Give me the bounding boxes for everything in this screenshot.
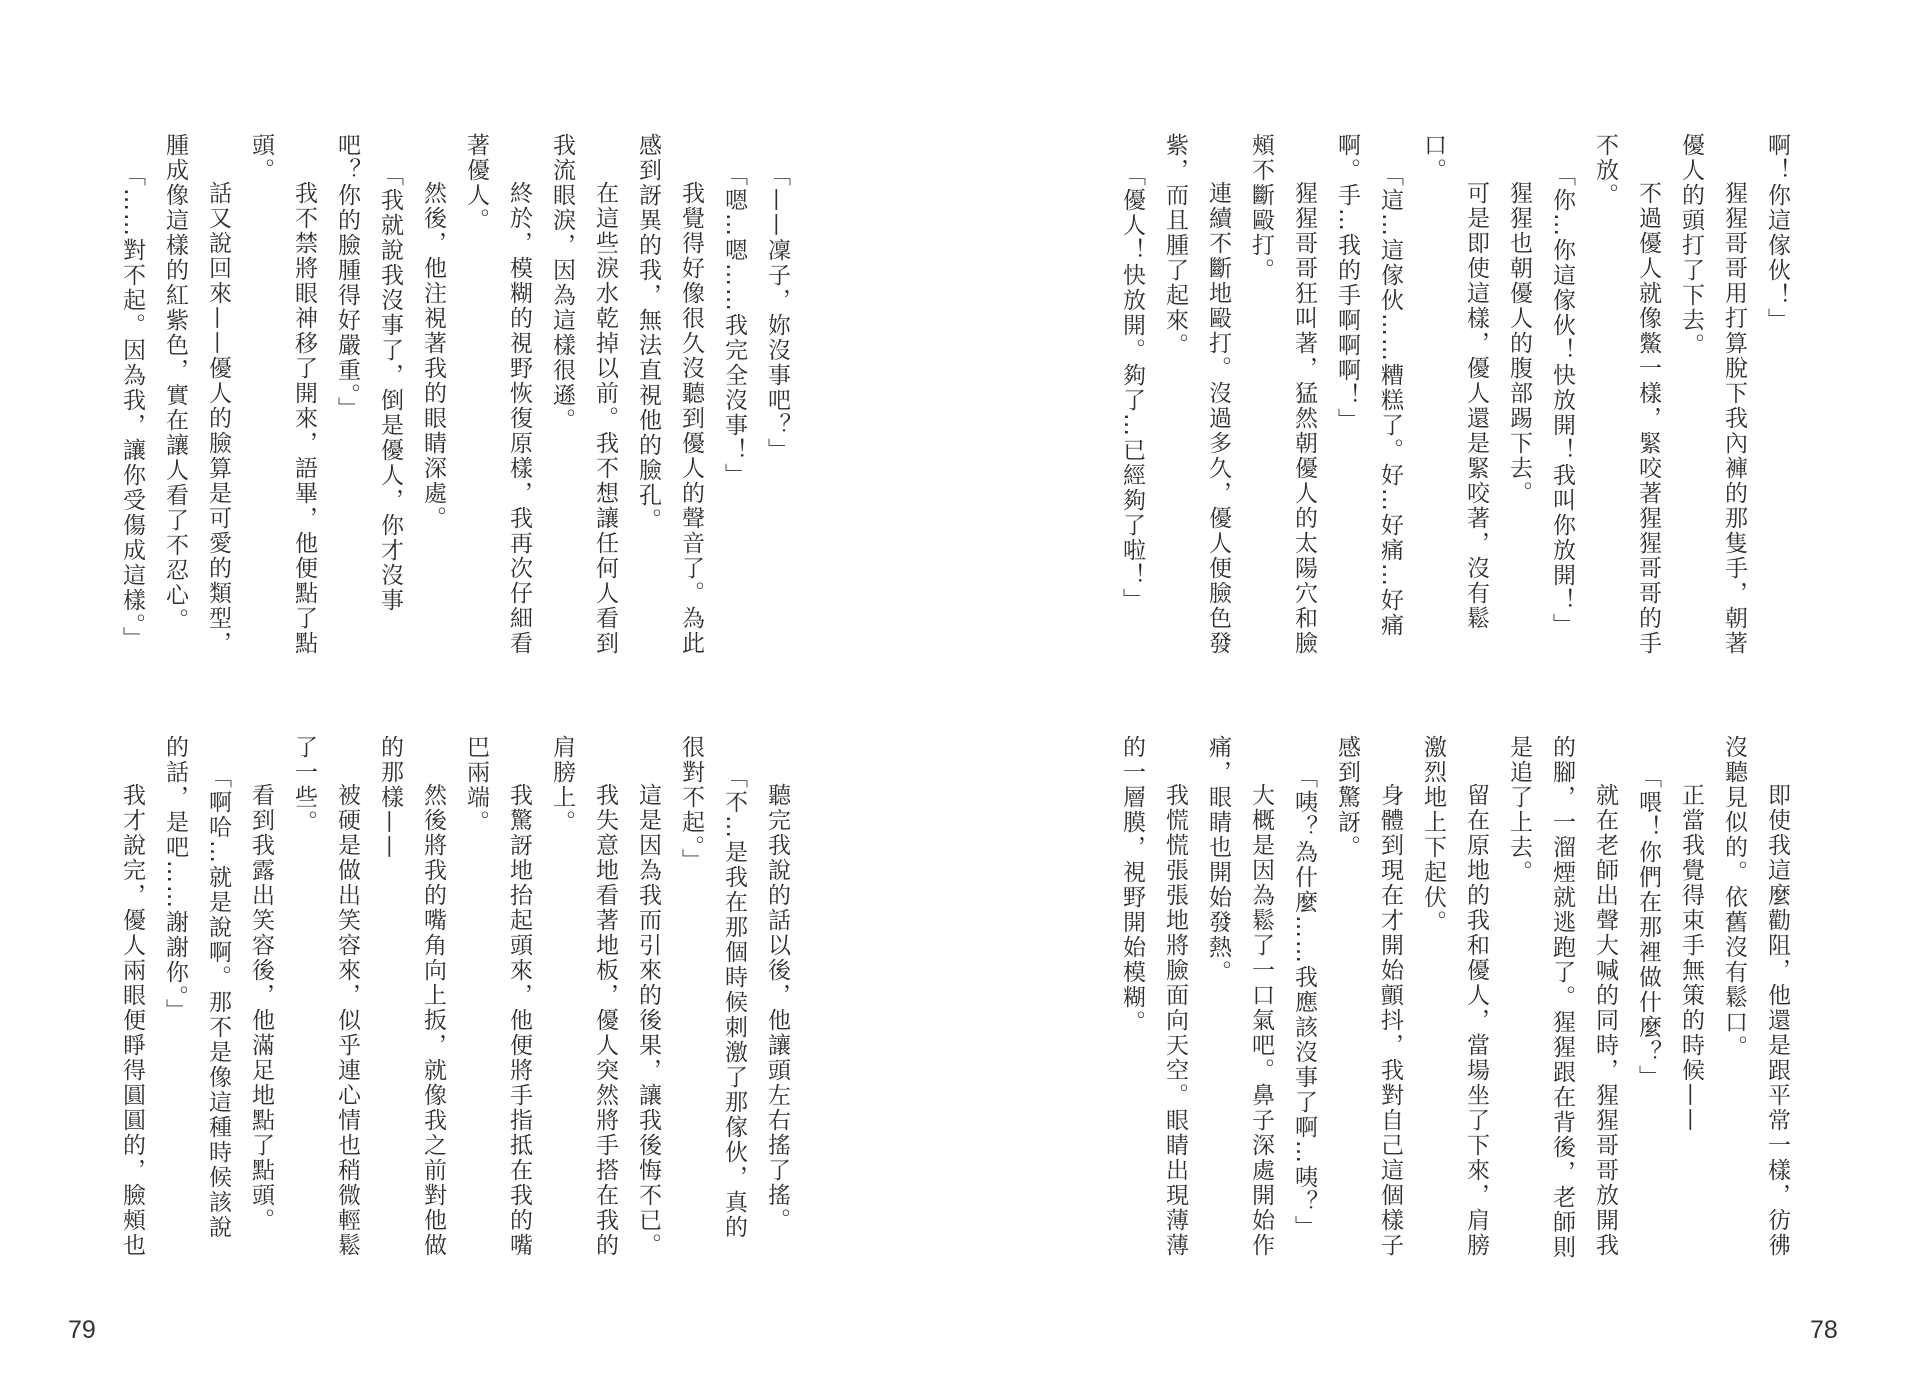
text-column: 猩猩也朝優人的腹部踢下去。 [1497, 133, 1540, 663]
text-column: 「咦？為什麼……我應該沒事了啊…咦？」 [1282, 735, 1325, 1265]
page-number: 78 [1810, 1318, 1838, 1343]
text-column: 就在老師出聲大喊的同時，猩猩哥哥放開我 [1583, 735, 1626, 1265]
text-column: 然後將我的嘴角向上扳，就像我之前對他做 [411, 735, 454, 1265]
text-column: 巴兩端。 [454, 735, 497, 1265]
text-column: 我慌慌張張地將臉面向天空。眼睛出現薄薄 [1153, 735, 1196, 1265]
page-79-upper-text-block: 「——凜子，妳沒事吧？」 「嗯…嗯……我完全沒事！」 我覺得好像很久沒聽到優人的… [110, 133, 798, 663]
text-column: 「不…是我在那個時候刺激了那傢伙，真的 [712, 735, 755, 1265]
text-column: 紫，而且腫了起來。 [1153, 133, 1196, 663]
page-number: 79 [68, 1318, 96, 1343]
page-78: 啊！你這傢伙！」 猩猩哥哥用打算脫下我內褲的那隻手，朝著 優人的頭打了下去。 不… [955, 0, 1910, 1383]
text-column: 我覺得好像很久沒聽到優人的聲音了。為此 [669, 133, 712, 663]
text-column: 終於，模糊的視野恢復原樣，我再次仔細看 [497, 133, 540, 663]
text-column: 我不禁將眼神移了開來，語畢，他便點了點 [282, 133, 325, 663]
text-column: 的那樣—— [368, 735, 411, 1265]
text-column: 「啊哈…就是說啊。那不是像這種時候該說 [196, 735, 239, 1265]
text-column: 我失意地看著地板，優人突然將手搭在我的 [583, 735, 626, 1265]
text-column: 聽完我說的話以後，他讓頭左右搖了搖。 [755, 735, 798, 1265]
text-column: 「優人！快放開。夠了…已經夠了啦！」 [1110, 133, 1153, 663]
text-column: 啊！你這傢伙！」 [1755, 133, 1798, 663]
text-column: 即使我這麼勸阻，他還是跟平常一樣，彷彿 [1755, 735, 1798, 1265]
text-column: 猩猩哥哥狂叫著，猛然朝優人的太陽穴和臉 [1282, 133, 1325, 663]
text-column: 頭。 [239, 133, 282, 663]
text-column: 肩膀上。 [540, 735, 583, 1265]
text-column: 話又說回來——優人的臉算是可愛的類型， [196, 133, 239, 663]
text-column: 大概是因為鬆了一口氣吧。鼻子深處開始作 [1239, 735, 1282, 1265]
text-column: 「嗯…嗯……我完全沒事！」 [712, 133, 755, 663]
text-column: 不放。 [1583, 133, 1626, 663]
text-column: 腫成像這樣的紅紫色，實在讓人看了不忍心。 [153, 133, 196, 663]
text-column: 可是即使這樣，優人還是緊咬著，沒有鬆 [1454, 133, 1497, 663]
page-78-lower-text-block: 即使我這麼勸阻，他還是跟平常一樣，彷彿 沒聽見似的。依舊沒有鬆口。 正當我覺得束… [1110, 735, 1798, 1265]
text-column: 的話，是吧……謝謝你。」 [153, 735, 196, 1265]
page-78-upper-text-block: 啊！你這傢伙！」 猩猩哥哥用打算脫下我內褲的那隻手，朝著 優人的頭打了下去。 不… [1110, 133, 1798, 663]
text-column: 是追了上去。 [1497, 735, 1540, 1265]
text-column: 的一層膜，視野開始模糊。 [1110, 735, 1153, 1265]
text-column: 很對不起。」 [669, 735, 712, 1265]
page-79-lower-text-block: 聽完我說的話以後，他讓頭左右搖了搖。 「不…是我在那個時候刺激了那傢伙，真的 很… [110, 735, 798, 1265]
text-column: 然後，他注視著我的眼睛深處。 [411, 133, 454, 663]
text-column: 這是因為我而引來的後果，讓我後悔不已。 [626, 735, 669, 1265]
text-column: 了一些。 [282, 735, 325, 1265]
text-column: 我驚訝地抬起頭來，他便將手指抵在我的嘴 [497, 735, 540, 1265]
text-column: 留在原地的我和優人，當場坐了下來，肩膀 [1454, 735, 1497, 1265]
text-column: 不過優人就像鱉一樣，緊咬著猩猩哥哥的手 [1626, 133, 1669, 663]
text-column: 身體到現在才開始顫抖，我對自己這個樣子 [1368, 735, 1411, 1265]
text-column: 被硬是做出笑容來，似乎連心情也稍微輕鬆 [325, 735, 368, 1265]
text-column: 著優人。 [454, 133, 497, 663]
text-column: 優人的頭打了下去。 [1669, 133, 1712, 663]
text-column: 「這…這傢伙……糟糕了。好…好痛…好痛 [1368, 133, 1411, 663]
text-column: 看到我露出笑容後，他滿足地點了點頭。 [239, 735, 282, 1265]
text-column: 沒聽見似的。依舊沒有鬆口。 [1712, 735, 1755, 1265]
text-column: 猩猩哥哥用打算脫下我內褲的那隻手，朝著 [1712, 133, 1755, 663]
text-column: 的腳，一溜煙就逃跑了。猩猩跟在背後，老師則 [1540, 735, 1583, 1265]
page-79: 「——凜子，妳沒事吧？」 「嗯…嗯……我完全沒事！」 我覺得好像很久沒聽到優人的… [0, 0, 955, 1383]
text-column: 「喂！你們在那裡做什麼？」 [1626, 735, 1669, 1265]
text-column: 在這些淚水乾掉以前。我不想讓任何人看到 [583, 133, 626, 663]
text-column: 痛，眼睛也開始發熱。 [1196, 735, 1239, 1265]
text-column: 頰不斷毆打。 [1239, 133, 1282, 663]
text-column: 激烈地上下起伏。 [1411, 735, 1454, 1265]
text-column: 「——凜子，妳沒事吧？」 [755, 133, 798, 663]
text-column: 啊。手…我的手啊啊啊！」 [1325, 133, 1368, 663]
text-column: 「你…你這傢伙！快放開！我叫你放開！」 [1540, 133, 1583, 663]
text-column: 感到訝異的我，無法直視他的臉孔。 [626, 133, 669, 663]
text-column: 口。 [1411, 133, 1454, 663]
text-column: 「……對不起。因為我，讓你受傷成這樣。」 [110, 133, 153, 663]
text-column: 我流眼淚，因為這樣很遜。 [540, 133, 583, 663]
text-column: 感到驚訝。 [1325, 735, 1368, 1265]
text-column: 吧？你的臉腫得好嚴重。」 [325, 133, 368, 663]
text-column: 連續不斷地毆打。沒過多久，優人便臉色發 [1196, 133, 1239, 663]
text-column: 「我就說我沒事了，倒是優人，你才沒事 [368, 133, 411, 663]
text-column: 我才說完，優人兩眼便睜得圓圓的，臉頰也 [110, 735, 153, 1265]
text-column: 正當我覺得束手無策的時候—— [1669, 735, 1712, 1265]
